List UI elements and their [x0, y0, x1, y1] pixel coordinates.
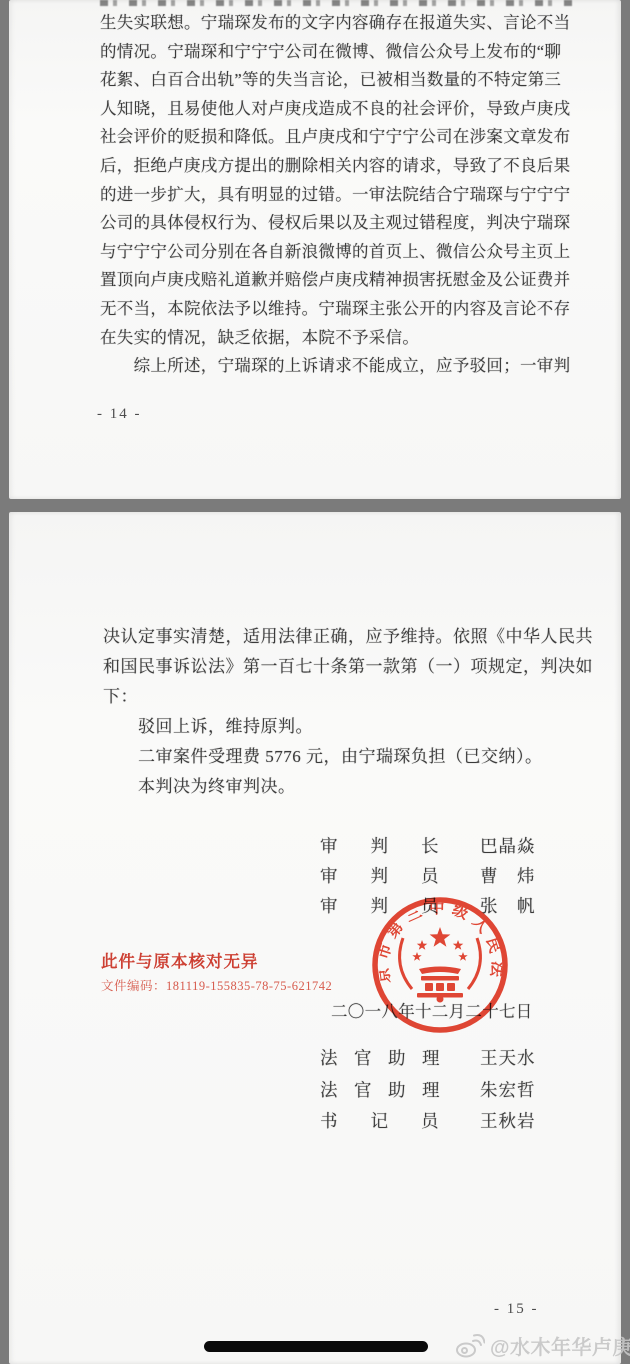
emblem-big-star [430, 927, 451, 947]
court-seal: 北京市第三中级人民法院 [365, 890, 515, 1040]
page-15-number: - 15 - [494, 1301, 539, 1318]
weibo-watermark: @水木年华卢庚戌 [455, 1331, 630, 1360]
text-line: 后，拒绝卢庚戌方提出的删除相关内容的请求，导致了不良后果 [100, 152, 570, 181]
signature-name: 朱宏哲 [480, 1075, 536, 1107]
emblem-gate [417, 967, 463, 998]
staff-signature-block: 法官助理 王天水 法官助理 朱宏哲 书记员 王秋岩 [320, 1043, 580, 1138]
signature-name: 王秋岩 [480, 1106, 536, 1138]
signature-name: 王天水 [480, 1043, 536, 1075]
emblem-small-star [458, 952, 467, 961]
signature-row: 法官助理 朱宏哲 [320, 1075, 580, 1107]
clipped-text-line [100, 0, 572, 6]
signature-row: 审判长 巴晶焱 [320, 831, 580, 861]
home-indicator[interactable] [204, 1341, 428, 1352]
signature-role: 审判员 [320, 861, 472, 891]
signature-name: 曹 炜 [480, 861, 536, 891]
text-line: 无不当，本院依法予以维持。宁瑞琛主张公开的内容及言论不存 [100, 295, 570, 324]
signature-role: 法官助理 [320, 1075, 456, 1107]
emblem-small-star [417, 940, 428, 950]
signature-role: 审判长 [320, 831, 472, 861]
emblem-wreath-right [468, 938, 480, 989]
text-line: 人知晓，且易使他人对卢庚戌造成不良的社会评价，导致卢庚戌 [100, 95, 570, 124]
weibo-logo-icon [455, 1333, 485, 1359]
signature-row: 法官助理 王天水 [320, 1043, 580, 1075]
page-14-body-text: 生失实联想。宁瑞琛发布的文字内容确存在报道失实、言论不当的情况。宁瑞琛和宁宁宁公… [100, 9, 570, 381]
watermark-text: @水木年华卢庚戌 [490, 1331, 630, 1360]
emblem-wreath-left [400, 938, 412, 989]
emblem-knot [437, 996, 444, 1003]
text-line: 花絮、白百合出轨”等的失当言论，已被相当数量的不特定第三 [100, 66, 570, 95]
text-line: 综上所述，宁瑞琛的上诉请求不能成立，应予驳回；一审判 [100, 352, 570, 381]
emblem-small-star [453, 940, 464, 950]
screenshot-root: 生失实联想。宁瑞琛发布的文字内容确存在报道失实、言论不当的情况。宁瑞琛和宁宁宁公… [0, 0, 630, 1364]
text-line: 社会评价的贬损和降低。且卢庚戌和宁宁宁公司在涉案文章发布 [100, 123, 570, 152]
page-15-body-text: 决认定事实清楚，适用法律正确，应予维持。依照《中华人民共和国民事诉讼法》第一百七… [103, 622, 593, 802]
text-line: 置顶向卢庚戌赔礼道歉并赔偿卢庚戌精神损害抚慰金及公证费并 [100, 266, 570, 295]
signature-row: 书记员 王秋岩 [320, 1106, 580, 1138]
text-line: 在失实的情况，缺乏依据，本院不予采信。 [100, 324, 570, 353]
text-line: 本判决为终审判决。 [103, 772, 593, 802]
text-line: 公司的具体侵权行为、侵权后果以及主观过错程度，判决宁瑞琛 [100, 209, 570, 238]
text-line: 的进一步扩大，具有明显的过错。一审法院结合宁瑞琛与宁宁宁 [100, 181, 570, 210]
file-code-stamp-text: 文件编码：181119-155835-78-75-621742 [101, 976, 332, 994]
text-line: 和国民事诉讼法》第一百七十条第一款第（一）项规定，判决如 [103, 652, 593, 682]
text-line: 二审案件受理费 5776 元，由宁瑞琛负担（已交纳）。 [103, 742, 593, 772]
signature-role: 法官助理 [320, 1043, 456, 1075]
text-line: 驳回上诉，维持原判。 [103, 712, 593, 742]
text-line: 决认定事实清楚，适用法律正确，应予维持。依照《中华人民共 [103, 622, 593, 652]
text-line: 下： [103, 682, 593, 712]
emblem-small-star [412, 952, 421, 961]
text-line: 与宁宁宁公司分别在各自新浪微博的首页上、微信公众号主页上 [100, 238, 570, 267]
text-line: 的情况。宁瑞琛和宁宁宁公司在微博、微信公众号上发布的“聊 [100, 38, 570, 67]
certify-stamp-text: 此件与原本核对无异 [101, 948, 259, 972]
text-line: 生失实联想。宁瑞琛发布的文字内容确存在报道失实、言论不当 [100, 9, 570, 38]
signature-role: 书记员 [320, 1106, 472, 1138]
page-14-number: - 14 - [97, 406, 142, 423]
signature-row: 审判员 曹 炜 [320, 861, 580, 891]
signature-name: 巴晶焱 [480, 831, 536, 861]
